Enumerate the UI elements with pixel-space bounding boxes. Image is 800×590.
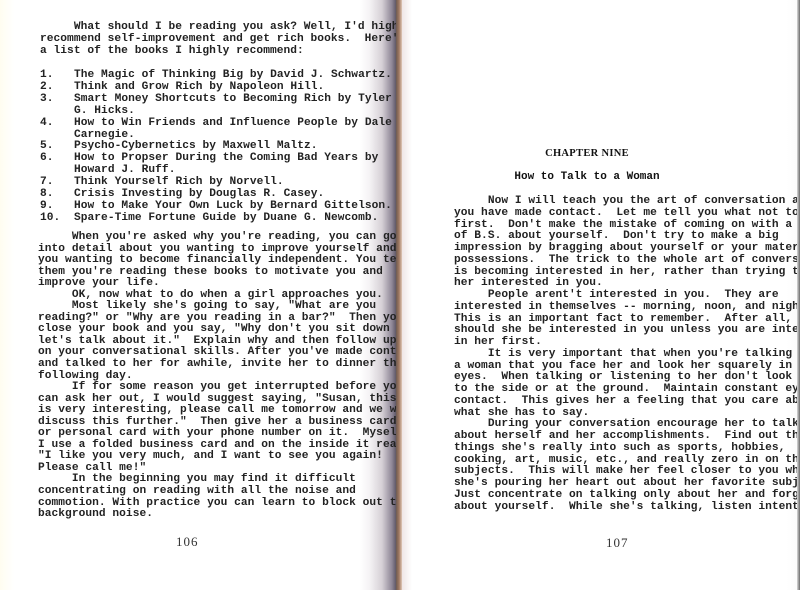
chapter-title: How to Talk to a Woman bbox=[402, 171, 786, 183]
left-body-line: you wanting to become financially indepe… bbox=[38, 255, 358, 267]
right-body-line: about yourself. While she's talking, lis… bbox=[454, 502, 784, 514]
book-list-item: 10.Spare-Time Fortune Guide by Duane G. … bbox=[40, 213, 360, 225]
left-body-line: When you're asked why you're reading, yo… bbox=[38, 232, 358, 244]
right-body-line: Now I will teach you the art of conversa… bbox=[454, 196, 784, 208]
right-body-line: possessions. The trick to the whole art … bbox=[454, 255, 784, 267]
left-body-line: background noise. bbox=[38, 509, 358, 521]
right-body-line: Just concentrate on talking only about h… bbox=[454, 490, 784, 502]
intro-line: a list of the books I highly recommend: bbox=[40, 46, 360, 58]
left-page: What should I be reading you ask? Well, … bbox=[0, 0, 396, 590]
book-list: 1.The Magic of Thinking Big by David J. … bbox=[40, 70, 360, 225]
right-body-line: you have made contact. Let me tell you w… bbox=[454, 208, 784, 220]
chapter-label: CHAPTER NINE bbox=[402, 148, 786, 159]
right-body-text: Now I will teach you the art of conversa… bbox=[454, 196, 784, 513]
page-number-106: 106 bbox=[176, 534, 199, 550]
left-body-text: When you're asked why you're reading, yo… bbox=[38, 232, 358, 521]
right-body-line: she's pouring her heart out about her fa… bbox=[454, 478, 784, 490]
page-number-107: 107 bbox=[606, 535, 629, 551]
right-body-line: things she's really into such as sports,… bbox=[454, 443, 784, 455]
right-page: CHAPTER NINE How to Talk to a Woman Now … bbox=[402, 0, 800, 590]
intro-paragraph: What should I be reading you ask? Well, … bbox=[40, 22, 360, 58]
right-body-line: in her first. bbox=[454, 337, 784, 349]
right-body-line: about herself and her accomplishments. F… bbox=[454, 431, 784, 443]
list-number: 3. bbox=[40, 94, 74, 118]
list-number: 4. bbox=[40, 118, 74, 142]
left-body-line: and talked to her for awhile, invite her… bbox=[38, 359, 358, 371]
book-spread: What should I be reading you ask? Well, … bbox=[0, 0, 800, 590]
right-body-line: contact. This gives her a feeling that y… bbox=[454, 396, 784, 408]
left-body-line: If for some reason you get interrupted b… bbox=[38, 382, 358, 394]
right-body-line: interested in themselves -- morning, noo… bbox=[454, 302, 784, 314]
book-title: How to Win Friends and Influence People … bbox=[74, 118, 392, 142]
right-body-line: to the side or at the ground. Maintain c… bbox=[454, 384, 784, 396]
left-body-line: improve your life. bbox=[38, 278, 358, 290]
list-number: 6. bbox=[40, 153, 74, 177]
book-title: How to Propser During the Coming Bad Yea… bbox=[74, 153, 378, 177]
left-body-line: concentrating on reading with all the no… bbox=[38, 486, 358, 498]
list-number: 10. bbox=[40, 213, 74, 225]
right-body-line: impression by bragging about yourself or… bbox=[454, 243, 784, 255]
right-body-line: It is very important that when you're ta… bbox=[454, 349, 784, 361]
right-body-line: People arent't interested in you. They a… bbox=[454, 290, 784, 302]
book-title: Smart Money Shortcuts to Becoming Rich b… bbox=[74, 94, 392, 118]
book-list-item: 6.How to Propser During the Coming Bad Y… bbox=[40, 153, 360, 177]
book-list-item: 4.How to Win Friends and Influence Peopl… bbox=[40, 118, 360, 142]
book-list-item: 3.Smart Money Shortcuts to Becoming Rich… bbox=[40, 94, 360, 118]
book-title: Spare-Time Fortune Guide by Duane G. New… bbox=[74, 213, 378, 225]
